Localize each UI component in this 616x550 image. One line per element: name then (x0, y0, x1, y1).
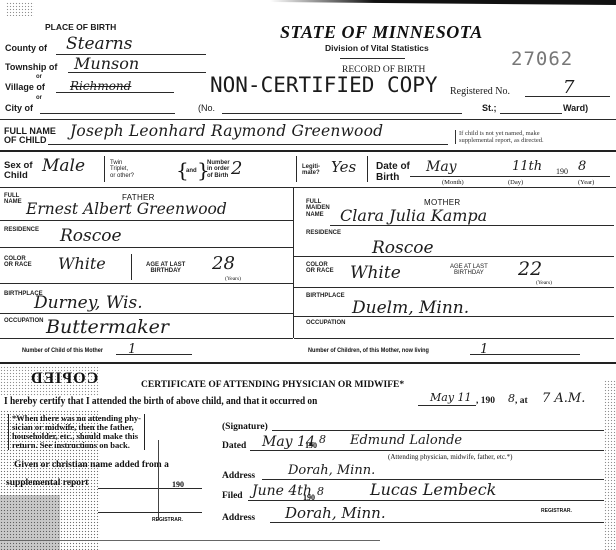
dob-year-prefix: 190 (556, 167, 568, 176)
dob-year-value: 8 (578, 160, 586, 173)
dob-month-value: May (426, 160, 457, 174)
mother-occupation-label: OCCUPATION (306, 320, 345, 326)
and-label: and (186, 168, 197, 174)
father-age-value: 28 (212, 255, 235, 273)
dated-label: Dated (222, 441, 246, 451)
dob-day-value: 11th (512, 160, 542, 173)
father-age-label: AGE AT LAST BIRTHDAY (146, 262, 185, 275)
mother-birthplace-line (294, 316, 614, 317)
non-certified-copy-stamp: NON-CERTIFIED COPY (210, 73, 438, 97)
registrar-caption-left: REGISTRAR. (152, 517, 183, 523)
registrar-caption: REGISTRAR. (541, 508, 572, 514)
month-caption: (Month) (442, 179, 464, 186)
father-color-divider (131, 254, 132, 280)
no-physician-note: *When there was no attending phy- sician… (8, 414, 145, 450)
or-label-2: or (36, 95, 42, 101)
village-line (56, 92, 174, 93)
registrar-left-line (98, 512, 202, 513)
scan-noise-top-left (6, 2, 34, 16)
legitimate-label: Legiti- mate? (302, 164, 320, 177)
father-occupation-line (0, 338, 293, 339)
father-years-caption: (Years) (225, 276, 241, 282)
no-label: (No. (198, 104, 215, 113)
occurred-date-value: May 11 (430, 392, 472, 403)
child-top-rule (0, 119, 616, 120)
attending-caption: (Attending physician, midwife, father, e… (388, 453, 513, 461)
mother-residence-label: RESIDENCE (306, 230, 341, 236)
father-name-label: FULL NAME (4, 193, 22, 206)
father-residence-label: RESIDENCE (4, 227, 39, 233)
address2-value: Dorah, Minn. (285, 506, 386, 521)
child-number-line (116, 354, 192, 355)
registrar-value: Lucas Lembeck (370, 482, 496, 498)
dated-year-value: 8 (319, 434, 326, 445)
mother-residence-line (294, 256, 614, 257)
dated-year-prefix: 190 (305, 441, 317, 450)
father-color-label: COLOR OR RACE (4, 256, 32, 269)
top-edge-shadow (270, 0, 616, 5)
certificate-heading: CERTIFICATE OF ATTENDING PHYSICIAN OR MI… (141, 380, 404, 390)
supplemental-divider (158, 440, 159, 520)
occurred-year-prefix: , 190 (476, 396, 495, 406)
division-divider (340, 58, 405, 59)
child-name-bottom-rule (0, 150, 616, 152)
given-name-year: 190 (172, 480, 184, 489)
father-color-value: White (58, 256, 106, 272)
mother-name-label: FULL MAIDEN NAME (306, 199, 330, 218)
signature-label: (Signature) (222, 422, 268, 432)
county-value: Stearns (66, 36, 132, 53)
mother-years-caption: (Years) (536, 280, 552, 286)
birth-order-value: 2 (231, 160, 242, 178)
occurred-date-line (418, 405, 476, 406)
occurred-year-value: 8 (508, 393, 515, 404)
registered-no-label: Registered No. (450, 87, 510, 97)
address-label: Address (222, 471, 255, 481)
mother-residence-value: Roscoe (372, 240, 434, 257)
county-label: County of (5, 44, 47, 53)
sex-divider (104, 156, 105, 182)
time-value: 7 A.M. (542, 392, 585, 405)
legit-divider (367, 156, 368, 182)
day-caption: (Day) (508, 179, 523, 186)
father-color-line (0, 283, 293, 284)
unnamed-child-note: If child is not yet named, make suppleme… (455, 130, 544, 144)
twin-label: Twin Triplet, or other? (110, 160, 134, 179)
mother-birthplace-value: Duelm, Minn. (352, 300, 469, 317)
address-value: Dorah, Minn. (288, 464, 375, 477)
child-name-line (48, 144, 448, 145)
copied-stamp-mirrored: COPIED (30, 370, 98, 388)
scan-noise-bottom-left (0, 495, 60, 550)
mother-name-line (330, 225, 614, 226)
address2-label: Address (222, 513, 255, 523)
state-title: STATE OF MINNESOTA (280, 22, 483, 43)
registered-no-value: 7 (563, 79, 574, 97)
legitimate-value: Yes (331, 160, 356, 175)
father-name-value: Ernest Albert Greenwood (26, 202, 227, 218)
father-occupation-value: Buttermaker (46, 318, 169, 337)
given-name-line-2: supplemental report (6, 478, 88, 488)
place-of-birth-heading: PLACE OF BIRTH (45, 23, 116, 32)
child-name-value: Joseph Leonhard Raymond Greenwood (70, 124, 383, 140)
mother-color-value: White (350, 265, 401, 282)
counts-bottom-rule (0, 362, 616, 364)
mother-occupation-line (294, 338, 614, 339)
signer-value: Edmund Lalonde (350, 434, 462, 447)
no-line (222, 113, 462, 114)
order-divider (296, 156, 297, 182)
village-value-struck: Richmond (70, 80, 131, 92)
father-residence-line (0, 247, 293, 248)
township-value: Munson (74, 56, 139, 72)
dob-label: Date of Birth (376, 162, 410, 183)
sex-label: Sex of Child (4, 161, 33, 181)
division-label: Division of Vital Statistics (325, 44, 429, 53)
supplemental-line (98, 488, 202, 489)
registered-line (525, 96, 610, 97)
father-birthplace-value: Durney, Wis. (34, 295, 143, 312)
living-line (470, 354, 580, 355)
township-label: Township of (5, 63, 57, 72)
or-label-1: or (36, 74, 42, 80)
sex-value: Male (42, 158, 85, 175)
birth-order-label: Number in order of Birth (207, 160, 230, 179)
father-birthplace-line (0, 313, 293, 314)
mother-color-label: COLOR OR RACE (306, 262, 334, 275)
bottom-rule (0, 540, 380, 541)
filed-line (248, 500, 604, 501)
living-label: Number of Children, of this Mother, now … (308, 347, 429, 354)
given-name-line-1: Given or christian name added from a (14, 460, 169, 470)
child-row-bottom-rule (0, 187, 616, 188)
mother-birthplace-label: BIRTHPLACE (306, 293, 345, 299)
mother-name-value: Clara Julia Kampa (340, 208, 487, 224)
village-label: Village of (5, 83, 45, 92)
father-residence-value: Roscoe (60, 228, 122, 245)
city-label: City of (5, 104, 33, 113)
address2-line (270, 522, 604, 523)
certificate-number: 27062 (511, 48, 573, 70)
filed-year-value: 8 (317, 486, 324, 497)
child-number-label: Number of Child of this Mother (22, 347, 103, 354)
ward-label: Ward) (563, 104, 588, 113)
dated-line (250, 450, 604, 451)
mother-age-label: AGE AT LAST BIRTHDAY (450, 264, 488, 277)
dob-line (410, 176, 610, 177)
filed-label: Filed (222, 491, 243, 501)
at-label: , at (515, 396, 528, 406)
father-occupation-label: OCCUPATION (4, 318, 43, 324)
signature-line (272, 430, 604, 431)
mother-age-value: 22 (518, 260, 542, 279)
father-name-line (0, 220, 293, 221)
ward-line (500, 113, 562, 114)
scan-noise-right-edge (604, 380, 616, 550)
year-caption: (Year) (578, 179, 594, 186)
st-label: St.; (482, 104, 497, 113)
city-line (40, 113, 175, 114)
certify-text: I hereby certify that I attended the bir… (4, 396, 317, 407)
township-line (68, 72, 206, 73)
mother-color-line (294, 287, 614, 288)
